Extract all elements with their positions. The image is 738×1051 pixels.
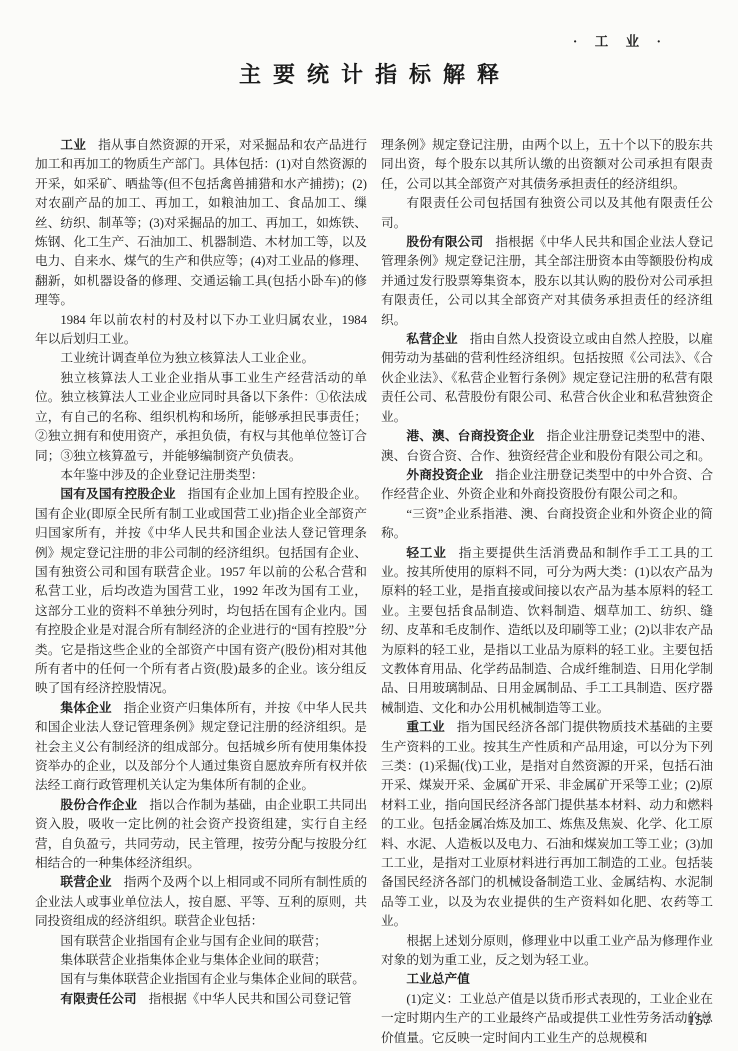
term-label: 重工业 — [406, 720, 457, 734]
paragraph-text: 独立核算法人工业企业指从事工业生产经营活动的单位。独立核算法人工业企业应同时具备… — [35, 371, 367, 463]
term-label: 国有及国有控股企业 — [60, 487, 187, 501]
term-label: 股份有限公司 — [406, 235, 495, 249]
running-header: · 工 业 · — [573, 30, 668, 50]
term-label: 外商投资企业 — [406, 468, 495, 482]
term-label: 股份合作企业 — [60, 798, 149, 812]
paragraph: 独立核算法人工业企业指从事工业生产经营活动的单位。独立核算法人工业企业应同时具备… — [35, 369, 367, 466]
term-label: 私营企业 — [406, 332, 469, 346]
paragraph: 股份有限公司指根据《中华人民共和国企业法人登记管理条例》规定登记注册，其全部注册… — [381, 233, 713, 330]
paragraph-text: 工业统计调查单位为独立核算法人工业企业。 — [60, 351, 314, 365]
paragraph-text: 理条例》规定登记注册，由两个以上，五十个以下的股东共同出资，每个股东以其所认缴的… — [381, 138, 713, 191]
term-label: 轻工业 — [406, 546, 458, 560]
paragraph: 工业总产值 — [381, 970, 713, 989]
term-label: 港、澳、台商投资企业 — [406, 429, 546, 443]
paragraph: 根据上述划分原则，修理业中以重工业产品为修理作业对象的划为重工业，反之划为轻工业… — [381, 932, 713, 971]
paragraph: 国有联营企业指国有企业与国有企业间的联营； — [35, 932, 367, 951]
paragraph: 国有与集体联营企业指国有企业与集体企业间的联营。 — [35, 970, 367, 989]
paragraph-text: 1984 年以前农村的村及村以下办工业归属农业，1984 年以后划归工业。 — [35, 313, 367, 346]
paragraph: 集体企业指企业资产归集体所有，并按《中华人民共和国企业法人登记管理条例》规定登记… — [35, 699, 367, 796]
paragraph: 联营企业指两个及两个以上相同或不同所有制性质的企业法人或事业单位法人，按自愿、平… — [35, 873, 367, 931]
paragraph: 理条例》规定登记注册，由两个以上，五十个以下的股东共同出资，每个股东以其所认缴的… — [381, 136, 713, 194]
paragraph: 有限责任公司包括国有独资公司以及其他有限责任公司。 — [381, 194, 713, 233]
paragraph-text: 指为国民经济各部门提供物质技术基础的主要生产资料的工业。按其生产性质和产品用途，… — [381, 720, 713, 928]
paragraph: 1984 年以前农村的村及村以下办工业归属农业，1984 年以后划归工业。 — [35, 311, 367, 350]
right-column: 理条例》规定登记注册，由两个以上，五十个以下的股东共同出资，每个股东以其所认缴的… — [381, 136, 713, 1048]
paragraph: 有限责任公司指根据《中华人民共和国公司登记管 — [35, 990, 367, 1009]
paragraph: 国有及国有控股企业指国有企业加上国有控股企业。国有企业(即原全民所有制工业或国营… — [35, 485, 367, 698]
paragraph: (1)定义：工业总产值是以货币形式表现的，工业企业在一定时期内生产的工业最终产品… — [381, 990, 713, 1048]
paragraph: 重工业指为国民经济各部门提供物质技术基础的主要生产资料的工业。按其生产性质和产品… — [381, 718, 713, 931]
page-number: 157 — [687, 1013, 712, 1030]
paragraph-text: 有限责任公司包括国有独资公司以及其他有限责任公司。 — [381, 196, 713, 229]
paragraph: 集体联营企业指集体企业与集体企业间的联营； — [35, 951, 367, 970]
term-label: 有限责任公司 — [60, 992, 148, 1006]
paragraph-text: 指从事自然资源的开采，对采掘品和农产品进行加工和再加工的物质生产部门。具体包括：… — [35, 138, 367, 307]
paragraph: 工业指从事自然资源的开采，对采掘品和农产品进行加工和再加工的物质生产部门。具体包… — [35, 136, 367, 311]
paragraph-text: 国有联营企业指国有企业与国有企业间的联营； — [60, 934, 326, 948]
paragraph-text: 根据上述划分原则，修理业中以重工业产品为修理作业对象的划为重工业，反之划为轻工业… — [381, 934, 713, 967]
left-column: 工业指从事自然资源的开采，对采掘品和农产品进行加工和再加工的物质生产部门。具体包… — [35, 136, 367, 1048]
paragraph: 股份合作企业指以合作制为基础，由企业职工共同出资入股，吸收一定比例的社会资产投资… — [35, 796, 367, 874]
term-label: 联营企业 — [60, 875, 123, 889]
text-columns: 工业指从事自然资源的开采，对采掘品和农产品进行加工和再加工的物质生产部门。具体包… — [35, 136, 713, 1048]
paragraph: 私营企业指由自然人投资设立或由自然人控股，以雇佣劳动为基础的营利性经济组织。包括… — [381, 330, 713, 427]
paragraph: 本年鉴中涉及的企业登记注册类型： — [35, 466, 367, 485]
paragraph-text: 指国有企业加上国有控股企业。国有企业(即原全民所有制工业或国营工业)指企业全部资… — [35, 487, 367, 695]
paragraph: 工业统计调查单位为独立核算法人工业企业。 — [35, 349, 367, 368]
document-page: · 工 业 · 主要统计指标解释 工业指从事自然资源的开采，对采掘品和农产品进行… — [0, 0, 738, 1051]
paragraph-text: “三资”企业系指港、澳、台商投资企业和外资企业的简称。 — [381, 507, 713, 540]
paragraph-text: 国有与集体联营企业指国有企业与集体企业间的联营。 — [60, 972, 365, 986]
paragraph: 外商投资企业指企业注册登记类型中的中外合资、合作经营企业、外资企业和外商投资股份… — [381, 466, 713, 505]
paragraph-text: 指主要提供生活消费品和制作手工工具的工业。按其所使用的原料不同，可分为两大类：(… — [381, 546, 713, 715]
paragraph-text: 指根据《中华人民共和国公司登记管 — [149, 992, 352, 1006]
paragraph: 轻工业指主要提供生活消费品和制作手工工具的工业。按其所使用的原料不同，可分为两大… — [381, 544, 713, 719]
paragraph: “三资”企业系指港、澳、台商投资企业和外资企业的简称。 — [381, 505, 713, 544]
paragraph-text: 集体联营企业指集体企业与集体企业间的联营； — [60, 953, 326, 967]
term-label: 工业总产值 — [406, 972, 469, 986]
term-label: 集体企业 — [60, 701, 123, 715]
paragraph-text: (1)定义：工业总产值是以货币形式表现的，工业企业在一定时期内生产的工业最终产品… — [381, 992, 713, 1045]
page-title: 主要统计指标解释 — [0, 58, 738, 89]
term-label: 工业 — [60, 138, 98, 152]
paragraph-text: 本年鉴中涉及的企业登记注册类型： — [60, 468, 263, 482]
paragraph: 港、澳、台商投资企业指企业注册登记类型中的港、澳、台资合资、合作、独资经营企业和… — [381, 427, 713, 466]
